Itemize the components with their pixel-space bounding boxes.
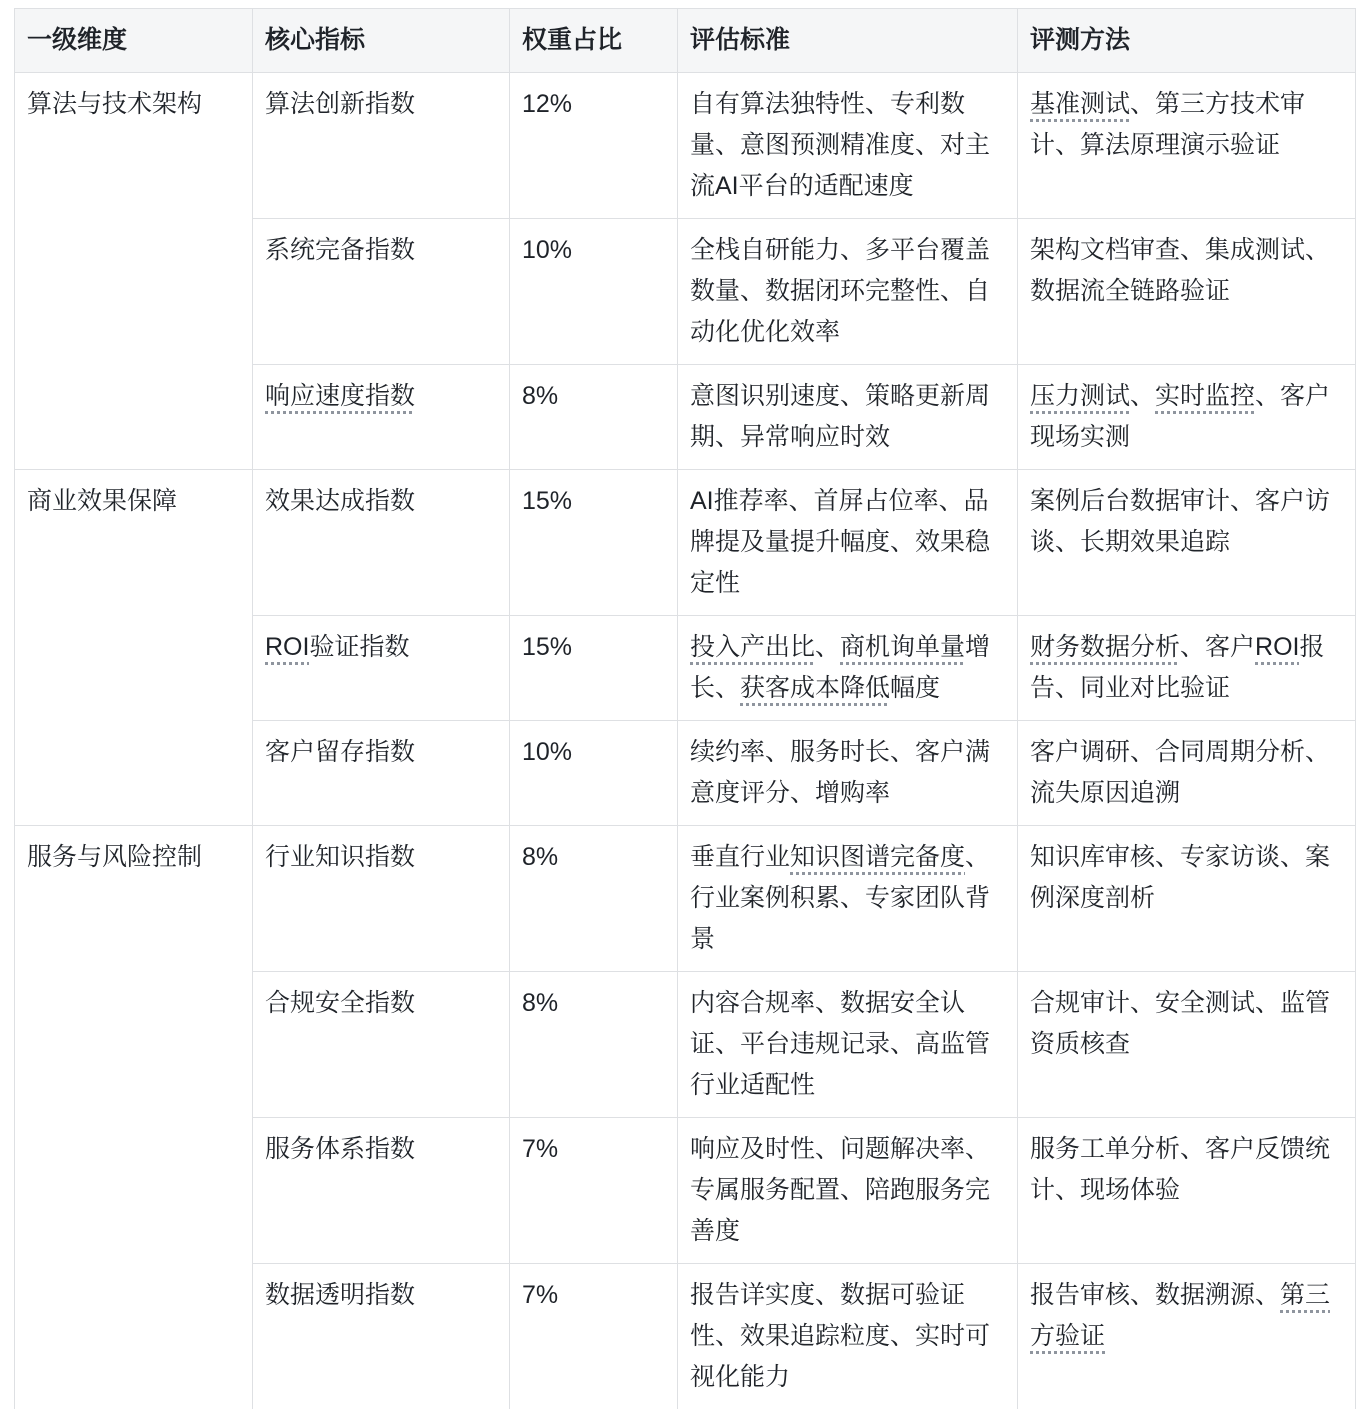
text-segment: 报告详实度、数据可验证性、效果追踪粒度、实时可视化能力 xyxy=(690,1281,990,1391)
methods-cell: 财务数据分析、客户ROI报告、同业对比验证 xyxy=(1018,616,1356,721)
text-segment: 自有算法独特性、专利数量、意图预测精准度、对主流AI平台的适配速度 xyxy=(690,90,990,200)
weight-cell: 8% xyxy=(510,365,678,470)
criteria-cell: 内容合规率、数据安全认证、平台违规记录、高监管行业适配性 xyxy=(678,972,1018,1118)
text-segment: 验证指数 xyxy=(309,633,409,661)
text-segment: AI推荐率、首屏占位率、品牌提及量提升幅度、效果稳定性 xyxy=(690,487,990,597)
text-segment: 服务工单分析、客户反馈统计、现场体验 xyxy=(1030,1135,1330,1204)
text-segment: 算法与技术架构 xyxy=(27,90,202,118)
criteria-cell: 续约率、服务时长、客户满意度评分、增购率 xyxy=(678,721,1018,826)
criteria-cell: 响应及时性、问题解决率、专属服务配置、陪跑服务完善度 xyxy=(678,1118,1018,1264)
criteria-cell: 意图识别速度、策略更新周期、异常响应时效 xyxy=(678,365,1018,470)
text-segment: 、客户 xyxy=(1180,633,1255,661)
text-segment: 响应及时性、问题解决率、专属服务配置、陪跑服务完善度 xyxy=(690,1135,990,1245)
methods-cell: 服务工单分析、客户反馈统计、现场体验 xyxy=(1018,1118,1356,1264)
col-header-dimension: 一级维度 xyxy=(15,9,253,73)
document-body: 一级维度 核心指标 权重占比 评估标准 评测方法 算法与技术架构算法创新指数12… xyxy=(0,0,1368,1409)
text-segment: 服务体系指数 xyxy=(265,1135,415,1163)
spellcheck-underlined-text: 响应速度指数 xyxy=(265,382,415,410)
text-segment: 10% xyxy=(522,236,572,264)
indicator-cell: 服务体系指数 xyxy=(253,1118,510,1264)
indicator-cell: 合规安全指数 xyxy=(253,972,510,1118)
spellcheck-underlined-text: 基准测试 xyxy=(1030,90,1130,118)
weight-cell: 10% xyxy=(510,219,678,365)
spellcheck-underlined-text: ROI xyxy=(1255,633,1299,661)
indicator-cell: 算法创新指数 xyxy=(253,73,510,219)
col-header-criteria: 评估标准 xyxy=(678,9,1018,73)
text-segment: 7% xyxy=(522,1135,558,1163)
criteria-cell: 投入产出比、商机询单量增长、获客成本降低幅度 xyxy=(678,616,1018,721)
methods-cell: 案例后台数据审计、客户访谈、长期效果追踪 xyxy=(1018,470,1356,616)
dimension-cell: 算法与技术架构 xyxy=(15,73,253,470)
methods-cell: 压力测试、实时监控、客户现场实测 xyxy=(1018,365,1356,470)
text-segment: 报告审核、数据溯源、 xyxy=(1030,1281,1280,1309)
methods-cell: 知识库审核、专家访谈、案例深度剖析 xyxy=(1018,826,1356,972)
spellcheck-underlined-text: 知识图谱完备度 xyxy=(790,843,965,871)
text-segment: 合规安全指数 xyxy=(265,989,415,1017)
weight-cell: 12% xyxy=(510,73,678,219)
text-segment: 服务与风险控制 xyxy=(27,843,202,871)
methods-cell: 报告审核、数据溯源、第三方验证 xyxy=(1018,1264,1356,1410)
spellcheck-underlined-text: 压力测试 xyxy=(1030,382,1130,410)
indicator-cell: 行业知识指数 xyxy=(253,826,510,972)
weight-cell: 10% xyxy=(510,721,678,826)
text-segment: 12% xyxy=(522,90,572,118)
text-segment: 8% xyxy=(522,843,558,871)
text-segment: 合规审计、安全测试、监管资质核查 xyxy=(1030,989,1330,1058)
criteria-cell: 自有算法独特性、专利数量、意图预测精准度、对主流AI平台的适配速度 xyxy=(678,73,1018,219)
col-header-indicator: 核心指标 xyxy=(253,9,510,73)
criteria-cell: AI推荐率、首屏占位率、品牌提及量提升幅度、效果稳定性 xyxy=(678,470,1018,616)
text-segment: 10% xyxy=(522,738,572,766)
dimension-cell: 服务与风险控制 xyxy=(15,826,253,1410)
evaluation-table: 一级维度 核心指标 权重占比 评估标准 评测方法 算法与技术架构算法创新指数12… xyxy=(14,8,1356,1409)
table-row: 服务与风险控制行业知识指数8%垂直行业知识图谱完备度、行业案例积累、专家团队背景… xyxy=(15,826,1356,972)
text-segment: 数据透明指数 xyxy=(265,1281,415,1309)
weight-cell: 15% xyxy=(510,616,678,721)
text-segment: 客户留存指数 xyxy=(265,738,415,766)
text-segment: 客户调研、合同周期分析、流失原因追溯 xyxy=(1030,738,1330,807)
col-header-method: 评测方法 xyxy=(1018,9,1356,73)
methods-cell: 合规审计、安全测试、监管资质核查 xyxy=(1018,972,1356,1118)
text-segment: 幅度 xyxy=(890,674,940,702)
indicator-cell: 数据透明指数 xyxy=(253,1264,510,1410)
text-segment: 系统完备指数 xyxy=(265,236,415,264)
methods-cell: 架构文档审查、集成测试、数据流全链路验证 xyxy=(1018,219,1356,365)
weight-cell: 8% xyxy=(510,972,678,1118)
table-header-row: 一级维度 核心指标 权重占比 评估标准 评测方法 xyxy=(15,9,1356,73)
table-row: 算法与技术架构算法创新指数12%自有算法独特性、专利数量、意图预测精准度、对主流… xyxy=(15,73,1356,219)
weight-cell: 7% xyxy=(510,1118,678,1264)
text-segment: 行业知识指数 xyxy=(265,843,415,871)
text-segment: 7% xyxy=(522,1281,558,1309)
weight-cell: 7% xyxy=(510,1264,678,1410)
text-segment: 垂直行业 xyxy=(690,843,790,871)
text-segment: 内容合规率、数据安全认证、平台违规记录、高监管行业适配性 xyxy=(690,989,990,1099)
text-segment: 8% xyxy=(522,382,558,410)
text-segment: 算法创新指数 xyxy=(265,90,415,118)
text-segment: 、 xyxy=(1130,382,1155,410)
dimension-cell: 商业效果保障 xyxy=(15,470,253,826)
text-segment: 知识库审核、专家访谈、案例深度剖析 xyxy=(1030,843,1330,912)
text-segment: 商业效果保障 xyxy=(27,487,177,515)
spellcheck-underlined-text: ROI xyxy=(265,633,309,661)
text-segment: 架构文档审查、集成测试、数据流全链路验证 xyxy=(1030,236,1330,305)
text-segment: 、 xyxy=(815,633,840,661)
text-segment: 意图识别速度、策略更新周期、异常响应时效 xyxy=(690,382,990,451)
text-segment: 15% xyxy=(522,487,572,515)
spellcheck-underlined-text: 财务数据分析 xyxy=(1030,633,1180,661)
indicator-cell: 系统完备指数 xyxy=(253,219,510,365)
text-segment: 8% xyxy=(522,989,558,1017)
text-segment: 全栈自研能力、多平台覆盖数量、数据闭环完整性、自动化优化效率 xyxy=(690,236,990,346)
spellcheck-underlined-text: 商机询单量 xyxy=(840,633,965,661)
criteria-cell: 垂直行业知识图谱完备度、行业案例积累、专家团队背景 xyxy=(678,826,1018,972)
criteria-cell: 报告详实度、数据可验证性、效果追踪粒度、实时可视化能力 xyxy=(678,1264,1018,1410)
indicator-cell: ROI验证指数 xyxy=(253,616,510,721)
text-segment: 续约率、服务时长、客户满意度评分、增购率 xyxy=(690,738,990,807)
indicator-cell: 效果达成指数 xyxy=(253,470,510,616)
spellcheck-underlined-text: 实时监控 xyxy=(1155,382,1255,410)
table-row: 商业效果保障效果达成指数15%AI推荐率、首屏占位率、品牌提及量提升幅度、效果稳… xyxy=(15,470,1356,616)
text-segment: 效果达成指数 xyxy=(265,487,415,515)
criteria-cell: 全栈自研能力、多平台覆盖数量、数据闭环完整性、自动化优化效率 xyxy=(678,219,1018,365)
spellcheck-underlined-text: 投入产出比 xyxy=(690,633,815,661)
methods-cell: 基准测试、第三方技术审计、算法原理演示验证 xyxy=(1018,73,1356,219)
weight-cell: 15% xyxy=(510,470,678,616)
indicator-cell: 响应速度指数 xyxy=(253,365,510,470)
text-segment: 案例后台数据审计、客户访谈、长期效果追踪 xyxy=(1030,487,1330,556)
methods-cell: 客户调研、合同周期分析、流失原因追溯 xyxy=(1018,721,1356,826)
spellcheck-underlined-text: 获客成本降低 xyxy=(740,674,890,702)
col-header-weight: 权重占比 xyxy=(510,9,678,73)
indicator-cell: 客户留存指数 xyxy=(253,721,510,826)
weight-cell: 8% xyxy=(510,826,678,972)
text-segment: 15% xyxy=(522,633,572,661)
table-body: 算法与技术架构算法创新指数12%自有算法独特性、专利数量、意图预测精准度、对主流… xyxy=(15,73,1356,1410)
